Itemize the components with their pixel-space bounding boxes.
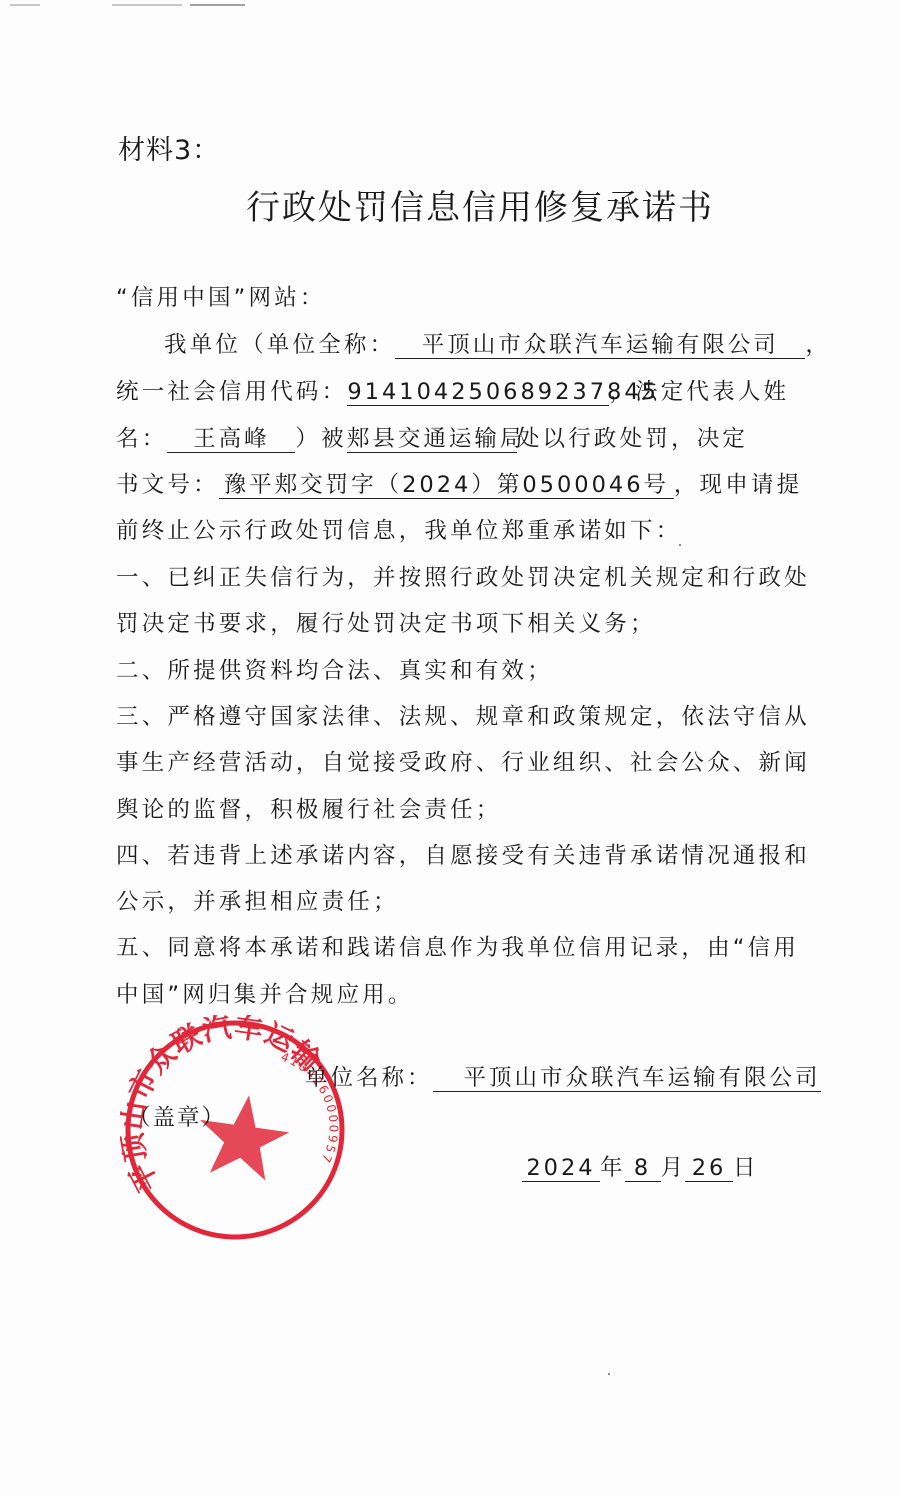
date-line: 2024年8月26日 xyxy=(522,1150,758,1182)
month-field: 8 xyxy=(625,1155,661,1182)
commitment-3-line-2: 事生产经营活动，自觉接受政府、行业组织、社会公众、新闻 xyxy=(116,748,810,778)
day-field: 26 xyxy=(685,1155,733,1182)
doc-number-field: 豫平郏交罚字（2024）第0500046号 xyxy=(219,472,674,499)
intro-line-1: 我单位（单位全称：平顶山市众联汽车运输有限公司， xyxy=(164,330,831,360)
scan-artifact xyxy=(190,4,245,6)
commitment-4-line-2: 公示，并承担相应责任； xyxy=(116,887,399,917)
year-unit: 年 xyxy=(600,1155,625,1181)
commitment-4-line-1: 四、若违背上述承诺内容，自愿接受有关违背承诺情况通报和 xyxy=(116,841,810,871)
by-text: ）被 xyxy=(295,426,346,452)
unit-name-label: 单位名称： xyxy=(305,1065,433,1091)
scan-speck xyxy=(608,1373,610,1375)
unit-fullname-label: 我单位（单位全称： xyxy=(164,332,395,358)
document-title: 行政处罚信息信用修复承诺书 xyxy=(0,180,900,229)
unit-name-field: 平顶山市众联汽车运输有限公司 xyxy=(433,1065,821,1092)
request-text: ，现申请提 xyxy=(674,472,803,498)
commitment-5-line-1: 五、同意将本承诺和践诺信息作为我单位信用记录，由“信用 xyxy=(116,933,799,963)
salutation: “信用中国”网站： xyxy=(116,283,326,313)
authority-field: 郏县交通运输局 xyxy=(347,426,517,453)
scan-speck xyxy=(679,544,681,546)
commitment-1-line-1: 一、已纠正失信行为，并按照行政处罚决定机关规定和行政处 xyxy=(116,563,810,593)
credit-code-field: 914104250689237845 xyxy=(347,379,609,406)
commitment-3-line-3: 舆论的监督，积极履行社会责任； xyxy=(116,795,502,825)
stamp-label: （盖章） xyxy=(128,1100,226,1132)
scan-artifact xyxy=(10,4,40,6)
day-unit: 日 xyxy=(733,1155,758,1181)
credit-code-label: 统一社会信用代码： xyxy=(116,379,347,405)
commitment-2-line-1: 二、所提供资料均合法、真实和有效； xyxy=(116,656,553,686)
commitment-5-line-2: 中国”网归集并合规应用。 xyxy=(116,980,414,1010)
commitment-3-line-1: 三、严格遵守国家法律、法规、规章和政策规定，依法守信从 xyxy=(116,702,810,732)
legal-rep-label: ，法定代表人姓 xyxy=(609,379,789,405)
commitment-1-line-2: 罚决定书要求，履行处罚决定书项下相关义务； xyxy=(116,609,656,639)
company-name-field: 平顶山市众联汽车运输有限公司 xyxy=(395,332,805,359)
intro-line-5: 前终止公示行政处罚信息，我单位郑重承诺如下： xyxy=(116,516,681,546)
month-unit: 月 xyxy=(661,1155,686,1181)
legal-rep-label-cont: 名： xyxy=(116,426,167,452)
intro-line-2: 统一社会信用代码：914104250689237845，法定代表人姓 xyxy=(116,377,789,407)
intro-line-3: 名：王高峰）被郏县交通运输局处以行政处罚，决定 xyxy=(116,424,748,454)
year-field: 2024 xyxy=(522,1155,600,1182)
material-label: 材料3： xyxy=(118,128,220,167)
punish-text: 处以行政处罚，决定 xyxy=(517,426,748,452)
unit-name-line: 单位名称：平顶山市众联汽车运输有限公司 xyxy=(305,1060,821,1092)
legal-rep-field: 王高峰 xyxy=(167,426,295,453)
intro-line-4: 书文号：豫平郏交罚字（2024）第0500046号，现申请提 xyxy=(116,470,802,500)
scan-artifact xyxy=(112,4,182,6)
comma: ， xyxy=(805,332,831,358)
doc-no-label: 书文号： xyxy=(116,472,219,498)
